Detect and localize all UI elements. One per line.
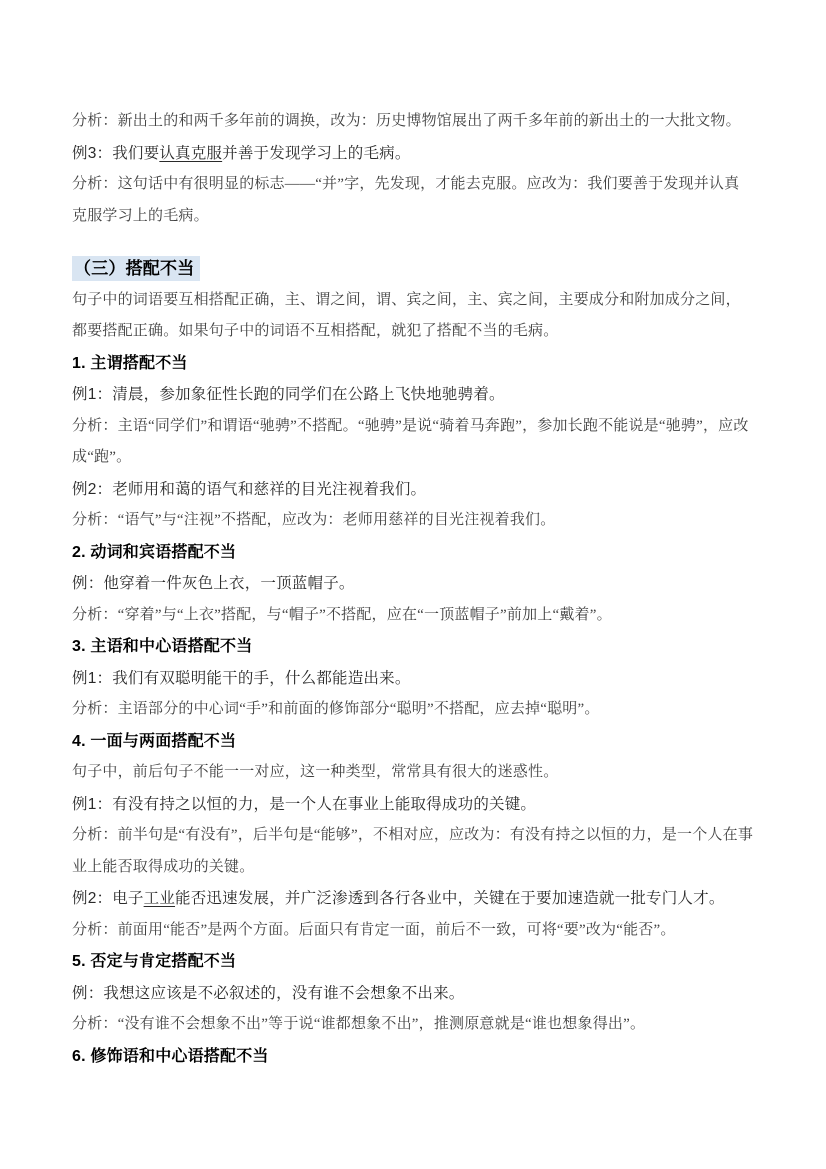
text-segment: 2. 动词和宾语搭配不当: [72, 544, 236, 561]
analysis-paragraph: 分析：主语部分的中心词“手”和前面的修饰部分“聪明”不搭配，应去掉“聪明”。: [72, 694, 754, 726]
text-segment: 1. 主谓搭配不当: [72, 355, 188, 372]
analysis-paragraph: 分析：“穿着”与“上衣”搭配，与“帽子”不搭配，应在“一顶蓝帽子”前加上“戴着”…: [72, 600, 754, 632]
text-segment: 句子中，前后句子不能一一对应，这一种类型，常常具有很大的迷惑性。: [72, 764, 558, 780]
underlined-text: 工业: [144, 890, 175, 907]
analysis-paragraph: 分析：前面用“能否”是两个方面。后面只有肯定一面，前后不一致，可将“要”改为“能…: [72, 915, 754, 947]
example-line: 例1：清晨，参加象征性长跑的同学们在公路上飞快地驰骋着。: [72, 379, 754, 411]
text-segment: 分析：主语部分的中心词“手”和前面的修饰部分“聪明”不搭配，应去掉“聪明”。: [72, 701, 600, 717]
text-segment: 分析：“语气”与“注视”不搭配，应改为：老师用慈祥的目光注视着我们。: [72, 512, 555, 528]
text-segment: 句子中的词语要互相搭配正确，主、谓之间，谓、宾之间，主、宾之间，主要成分和附加成…: [72, 292, 741, 340]
body-paragraph: 句子中的词语要互相搭配正确，主、谓之间，谓、宾之间，主、宾之间，主要成分和附加成…: [72, 285, 754, 348]
text-segment: 例1：清晨，参加象征性长跑的同学们在公路上飞快地驰骋着。: [72, 386, 505, 403]
example-line: 例2：老师用和蔼的语气和慈祥的目光注视着我们。: [72, 474, 754, 506]
analysis-paragraph: 分析：这句话中有很明显的标志——“并”字，先发现，才能去克服。应改为：我们要善于…: [72, 169, 754, 232]
example-line: 例：他穿着一件灰色上衣，一顶蓝帽子。: [72, 568, 754, 600]
text-segment: 例2：电子: [72, 890, 144, 907]
text-segment: 例3：我们要: [72, 145, 159, 162]
analysis-paragraph: 分析：“没有谁不会想象不出”等于说“谁都想象不出”，推测原意就是“谁也想象得出”…: [72, 1009, 754, 1041]
text-segment: 分析：前半句是“有没有”，后半句是“能够”，不相对应，应改为：有没有持之以恒的力…: [72, 827, 753, 875]
text-segment: 能否迅速发展，并广泛渗透到各行各业中，关键在于要加速造就一批专门人才。: [175, 890, 725, 907]
text-segment: 分析：前面用“能否”是两个方面。后面只有肯定一面，前后不一致，可将“要”改为“能…: [72, 922, 676, 938]
text-segment: 例2：老师用和蔼的语气和慈祥的目光注视着我们。: [72, 481, 426, 498]
text-segment: 例1：有没有持之以恒的力，是一个人在事业上能取得成功的关键。: [72, 796, 536, 813]
example-line: 例：我想这应该是不必叙述的，没有谁不会想象不出来。: [72, 978, 754, 1010]
text-segment: 例1：我们有双聪明能干的手，什么都能造出来。: [72, 670, 411, 687]
text-segment: 6. 修饰语和中心语搭配不当: [72, 1048, 269, 1065]
subheading-6: 6. 修饰语和中心语搭配不当: [72, 1041, 754, 1073]
example-line: 例1：我们有双聪明能干的手，什么都能造出来。: [72, 663, 754, 695]
text-segment: 分析：主语“同学们”和谓语“驰骋”不搭配。“驰骋”是说“骑着马奔跑”，参加长跑不…: [72, 418, 749, 466]
analysis-paragraph: 分析：前半句是“有没有”，后半句是“能够”，不相对应，应改为：有没有持之以恒的力…: [72, 820, 754, 883]
example-line: 例2：电子工业能否迅速发展，并广泛渗透到各行各业中，关键在于要加速造就一批专门人…: [72, 883, 754, 915]
subheading-2: 2. 动词和宾语搭配不当: [72, 537, 754, 569]
document-body: 分析：新出土的和两千多年前的调换，改为：历史博物馆展出了两千多年前的新出土的一大…: [72, 106, 754, 1072]
subheading-5: 5. 否定与肯定搭配不当: [72, 946, 754, 978]
text-segment: 分析：“穿着”与“上衣”搭配，与“帽子”不搭配，应在“一顶蓝帽子”前加上“戴着”…: [72, 607, 612, 623]
document-page: 分析：新出土的和两千多年前的调换，改为：历史博物馆展出了两千多年前的新出土的一大…: [0, 0, 826, 1169]
text-segment: 例：他穿着一件灰色上衣，一顶蓝帽子。: [72, 575, 355, 592]
underlined-text: 认真克服: [159, 145, 222, 162]
analysis-paragraph: 分析：主语“同学们”和谓语“驰骋”不搭配。“驰骋”是说“骑着马奔跑”，参加长跑不…: [72, 411, 754, 474]
text-segment: 分析：这句话中有很明显的标志——“并”字，先发现，才能去克服。应改为：我们要善于…: [72, 176, 739, 224]
text-segment: 5. 否定与肯定搭配不当: [72, 953, 236, 970]
text-segment: 分析：“没有谁不会想象不出”等于说“谁都想象不出”，推测原意就是“谁也想象得出”…: [72, 1016, 645, 1032]
subheading-1: 1. 主谓搭配不当: [72, 348, 754, 380]
text-segment: （三）搭配不当: [72, 256, 200, 281]
example-line: 例3：我们要认真克服并善于发现学习上的毛病。: [72, 138, 754, 170]
body-paragraph: 句子中，前后句子不能一一对应，这一种类型，常常具有很大的迷惑性。: [72, 757, 754, 789]
analysis-paragraph: 分析：新出土的和两千多年前的调换，改为：历史博物馆展出了两千多年前的新出土的一大…: [72, 106, 754, 138]
subheading-3: 3. 主语和中心语搭配不当: [72, 631, 754, 663]
text-segment: 并善于发现学习上的毛病。: [222, 145, 410, 162]
text-segment: 3. 主语和中心语搭配不当: [72, 638, 252, 655]
analysis-paragraph: 分析：“语气”与“注视”不搭配，应改为：老师用慈祥的目光注视着我们。: [72, 505, 754, 537]
text-segment: 4. 一面与两面搭配不当: [72, 733, 236, 750]
section-heading: （三）搭配不当: [72, 253, 754, 285]
subheading-4: 4. 一面与两面搭配不当: [72, 726, 754, 758]
text-segment: 例：我想这应该是不必叙述的，没有谁不会想象不出来。: [72, 985, 465, 1002]
example-line: 例1：有没有持之以恒的力，是一个人在事业上能取得成功的关键。: [72, 789, 754, 821]
text-segment: 分析：新出土的和两千多年前的调换，改为：历史博物馆展出了两千多年前的新出土的一大…: [72, 113, 741, 129]
